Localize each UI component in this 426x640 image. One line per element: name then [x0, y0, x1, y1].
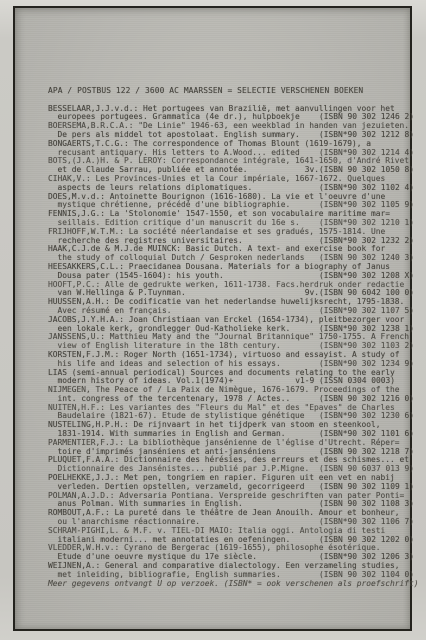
- entry-line: VLEDDER,W.H.v.: Cyrano de Bergerac (1619…: [48, 544, 414, 553]
- entry-isbn: (ISBN*90 302 1105 9): [319, 201, 414, 210]
- entry-text: HOOFT,P.C.: Alle de gedrukte werken, 161…: [48, 281, 404, 290]
- entry-text: Dictionnaire des Jansénistes... publié p…: [48, 465, 309, 474]
- entry-text: CIHAK,V.: Les Provinces-Unies et la Cour…: [48, 175, 385, 184]
- document-footer: Meer gegevens ontvangt U op verzoek. (IS…: [48, 580, 414, 589]
- entry-line: the study of colloquial Dutch / Gesproke…: [48, 254, 414, 263]
- scanned-page: APA / POSTBUS 122 / 3600 AC MAARSSEN = S…: [13, 6, 412, 631]
- entry-line: BOERSEMA,B.R.C.A.: "De Linie" 1946-63, e…: [48, 122, 414, 131]
- entry-isbn: (ISBN 90 302 1240 3): [319, 254, 414, 263]
- entry-line: HOOFT,P.C.: Alle de gedrukte werken, 161…: [48, 281, 414, 290]
- entry-isbn: (ISBN 90 6037 013 9): [319, 465, 414, 474]
- entry-line: PARMENTIER,F.J.: La bibliothèque janséni…: [48, 439, 414, 448]
- entry-isbn: (ISBN*90 302 1230 6): [319, 412, 414, 421]
- entry-text: VLEDDER,W.H.v.: Cyrano de Bergerac (1619…: [48, 544, 381, 553]
- entry-text: the study of colloquial Dutch / Gesproke…: [48, 254, 305, 263]
- entry-text: Baudelaire (1821-67). Etude de stylistiq…: [48, 412, 305, 421]
- entry-line: NIJMEGEN, The Peace of / La Paix de Nimè…: [48, 386, 414, 395]
- entry-text: mystique chrétienne, précédé d'une bibli…: [48, 201, 290, 210]
- entry-line: POLMAN,A.J.D.: Adversaria Pontiana. Vers…: [48, 492, 414, 501]
- entry-text: POLMAN,A.J.D.: Adversaria Pontiana. Vers…: [48, 492, 404, 501]
- entry-line: his life and ideas and selection of his …: [48, 360, 414, 369]
- entry-isbn: (ISBN*90 302 1234 9): [319, 360, 414, 369]
- entry-text: Avec résumé en français.: [48, 307, 172, 316]
- entry-text: BOTS,(J.A.)H. & P. LEROY: Correspondance…: [48, 157, 409, 166]
- entry-line: Avec résumé en français.(ISBN*90 302 110…: [48, 307, 414, 316]
- entry-line: SCHRAM-PIGHI,L. & M.F. v. TIEL-DI MAIO: …: [48, 527, 414, 536]
- entry-text: NIJMEGEN, The Peace of / La Paix de Nimè…: [48, 386, 400, 395]
- entry-line: Baudelaire (1821-67). Etude de stylistiq…: [48, 412, 414, 421]
- entry-isbn: (ISBN*90 302 1107 5): [319, 307, 414, 316]
- entry-text: PARMENTIER,F.J.: La bibliothèque janséni…: [48, 439, 400, 448]
- entry-line: Dictionnaire des Jansénistes... publié p…: [48, 465, 414, 474]
- entry-isbn: (ISBN*90 302 1103 2): [319, 342, 414, 351]
- entry-text: view of English literature in the 18th c…: [48, 342, 281, 351]
- entry-text: his life and ideas and selection of his …: [48, 360, 281, 369]
- entry-line: mystique chrétienne, précédé d'une bibli…: [48, 201, 414, 210]
- entry-text: BOERSEMA,B.R.C.A.: "De Linie" 1946-63, e…: [48, 122, 409, 131]
- entry-text: SCHRAM-PIGHI,L. & M.F. v. TIEL-DI MAIO: …: [48, 527, 385, 536]
- entry-line: BOTS,(J.A.)H. & P. LEROY: Correspondance…: [48, 157, 414, 166]
- entry-line: FRIJHOFF,W.T.M.: La société néerlandaise…: [48, 228, 414, 237]
- entry-line: CIHAK,V.: Les Provinces-Unies et la Cour…: [48, 175, 414, 184]
- entry-line: view of English literature in the 18th c…: [48, 342, 414, 351]
- document-header: APA / POSTBUS 122 / 3600 AC MAARSSEN = S…: [48, 87, 414, 96]
- book-list: BESSELAAR,J.J.v.d.: Het portugees van Br…: [48, 105, 414, 580]
- page-content: APA / POSTBUS 122 / 3600 AC MAARSSEN = S…: [48, 87, 414, 588]
- entry-text: FRIJHOFF,W.T.M.: La société néerlandaise…: [48, 228, 385, 237]
